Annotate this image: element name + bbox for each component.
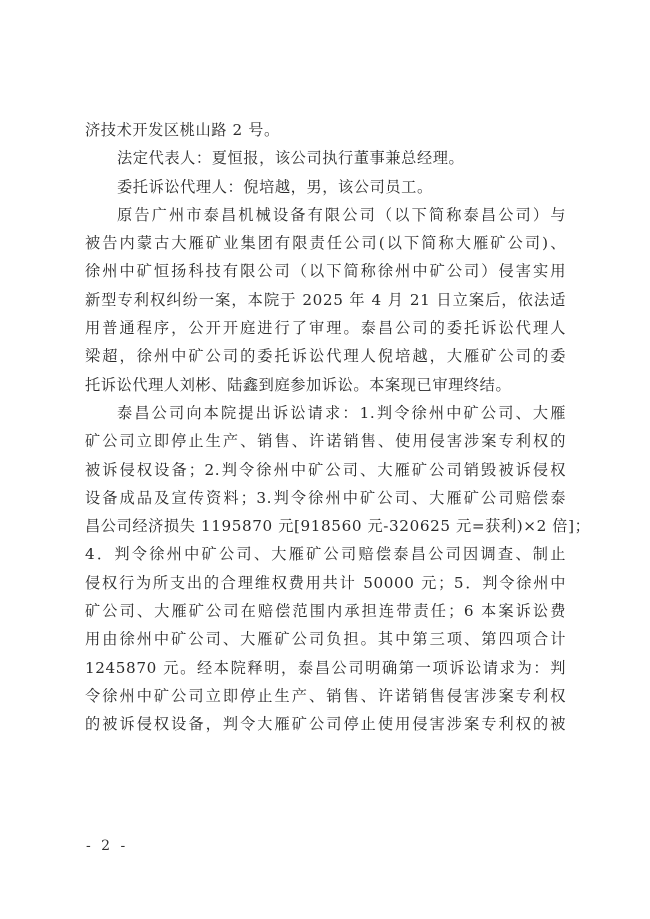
text-line-claims: 用由徐州中矿公司、大雁矿公司负担。其中第三项、第四项合计: [85, 625, 566, 653]
text-line-claims: 昌公司经济损失 1195870 元[918560 元-320625 元=获利)×…: [85, 512, 566, 540]
text-line-case-intro: 梁超，徐州中矿公司的委托诉讼代理人倪培越，大雁矿公司的委: [85, 342, 566, 370]
text-line-claims: 侵权行为所支出的合理维权费用共计 50000 元；5．判令徐州中: [85, 569, 566, 597]
text-line-agent: 委托诉讼代理人：倪培越，男，该公司员工。: [85, 173, 566, 201]
text-line-case-intro: 新型专利权纠纷一案，本院于 2025 年 4 月 21 日立案后，依法适: [85, 286, 566, 314]
text-line-claims: 矿公司立即停止生产、销售、许诺销售、使用侵害涉案专利权的: [85, 427, 566, 455]
text-line-address-tail: 济技术开发区桃山路 2 号。: [85, 116, 566, 144]
text-line-claims: 1245870 元。经本院释明，泰昌公司明确第一项诉讼请求为：判: [85, 654, 566, 682]
text-line-claims: 设备成品及宣传资料；3.判令徐州中矿公司、大雁矿公司赔偿泰: [85, 484, 566, 512]
document-page: 济技术开发区桃山路 2 号。 法定代表人：夏恒报，该公司执行董事兼总经理。 委托…: [0, 0, 650, 919]
text-line-claims: 矿公司、大雁矿公司在赔偿范围内承担连带责任；6 本案诉讼费: [85, 597, 566, 625]
text-line-claims: 令徐州中矿公司立即停止生产、销售、许诺销售侵害涉案专利权: [85, 682, 566, 710]
text-line-claims: 被诉侵权设备；2.判令徐州中矿公司、大雁矿公司销毁被诉侵权: [85, 456, 566, 484]
document-body: 济技术开发区桃山路 2 号。 法定代表人：夏恒报，该公司执行董事兼总经理。 委托…: [85, 116, 566, 739]
text-line-claims: 的被诉侵权设备，判令大雁矿公司停止使用侵害涉案专利权的被: [85, 710, 566, 738]
text-line-case-intro: 被告内蒙古大雁矿业集团有限责任公司(以下简称大雁矿公司)、: [85, 229, 566, 257]
text-line-claims: 泰昌公司向本院提出诉讼请求：1.判令徐州中矿公司、大雁: [85, 399, 566, 427]
text-line-legal-representative: 法定代表人：夏恒报，该公司执行董事兼总经理。: [85, 144, 566, 172]
text-line-case-intro: 用普通程序，公开开庭进行了审理。泰昌公司的委托诉讼代理人: [85, 314, 566, 342]
text-line-claims: 4．判令徐州中矿公司、大雁矿公司赔偿泰昌公司因调查、制止: [85, 540, 566, 568]
text-line-case-intro: 徐州中矿恒扬科技有限公司（以下简称徐州中矿公司）侵害实用: [85, 257, 566, 285]
text-line-case-intro: 原告广州市泰昌机械设备有限公司（以下简称泰昌公司）与: [85, 201, 566, 229]
text-line-case-intro: 托诉讼代理人刘彬、陆鑫到庭参加诉讼。本案现已审理终结。: [85, 371, 566, 399]
page-number: - 2 -: [86, 838, 128, 854]
